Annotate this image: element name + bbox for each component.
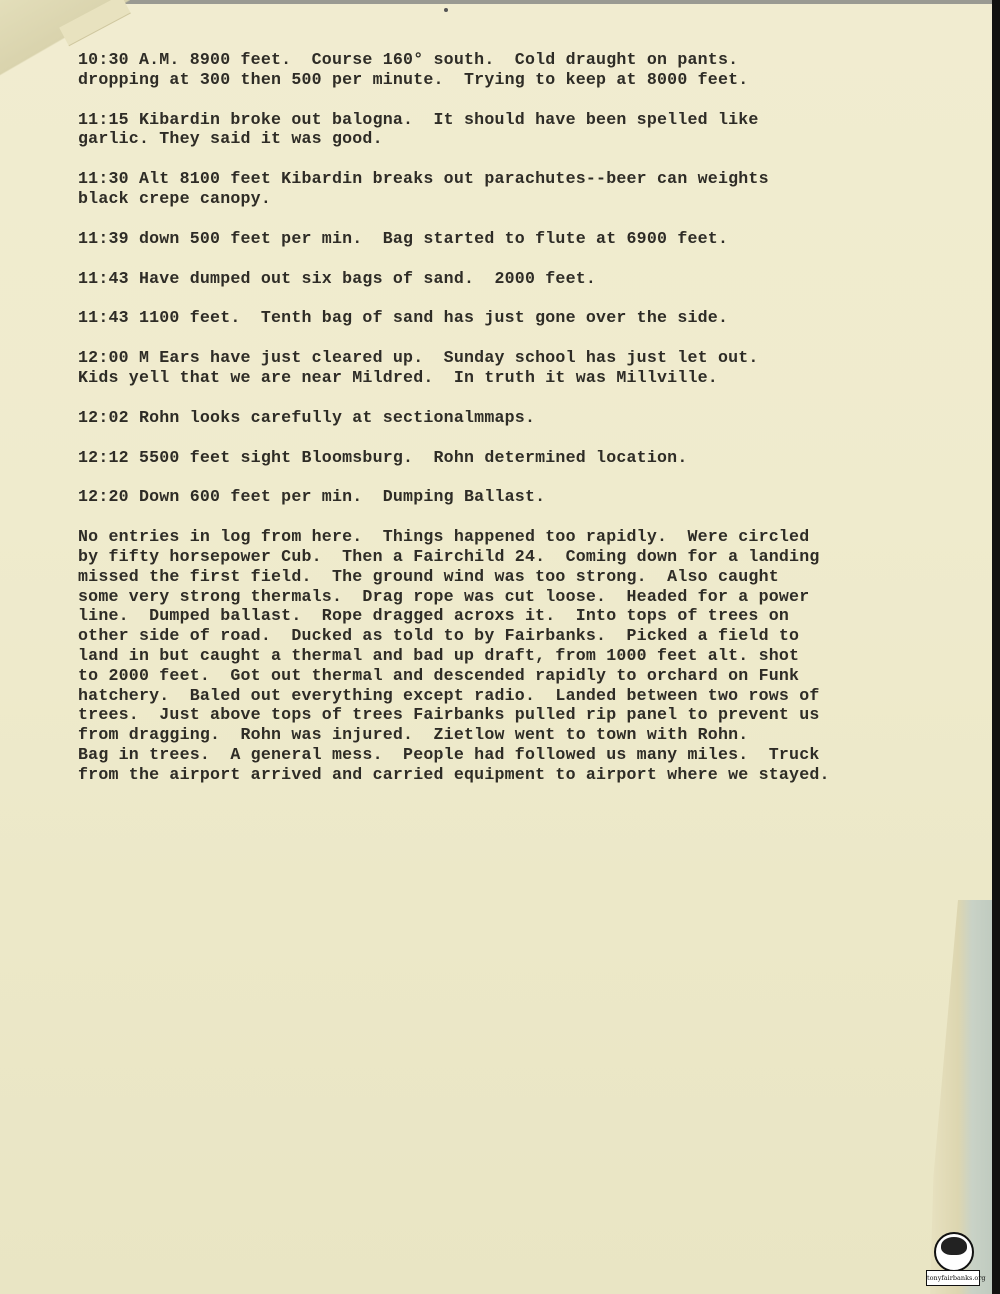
typewritten-log: 10:30 A.M. 8900 feet. Course 160° south.… xyxy=(78,50,958,785)
log-entry: 12:00 M Ears have just cleared up. Sunda… xyxy=(78,348,958,388)
closing-paragraph-line: missed the first field. The ground wind … xyxy=(78,567,958,587)
closing-paragraph-line: land in but caught a thermal and bad up … xyxy=(78,646,958,666)
log-entry-line: 12:00 M Ears have just cleared up. Sunda… xyxy=(78,348,958,368)
closing-paragraph-line: to 2000 feet. Got out thermal and descen… xyxy=(78,666,958,686)
log-entry: 11:30 Alt 8100 feet Kibardin breaks out … xyxy=(78,169,958,209)
log-entry: 12:02 Rohn looks carefully at sectionalm… xyxy=(78,408,958,428)
scan-top-edge xyxy=(0,0,1000,4)
log-entry: 11:43 1100 feet. Tenth bag of sand has j… xyxy=(78,308,958,328)
log-entry: 11:39 down 500 feet per min. Bag started… xyxy=(78,229,958,249)
log-entry-line: black crepe canopy. xyxy=(78,189,958,209)
log-entries: 10:30 A.M. 8900 feet. Course 160° south.… xyxy=(78,50,958,507)
closing-paragraph-line: hatchery. Baled out everything except ra… xyxy=(78,686,958,706)
log-entry: 10:30 A.M. 8900 feet. Course 160° south.… xyxy=(78,50,958,90)
watermark-label: tonyfairbanks.org xyxy=(926,1270,980,1286)
log-entry-line: 10:30 A.M. 8900 feet. Course 160° south.… xyxy=(78,50,958,70)
log-entry: 11:43 Have dumped out six bags of sand. … xyxy=(78,269,958,289)
closing-paragraph-line: Bag in trees. A general mess. People had… xyxy=(78,745,958,765)
log-entry-line: 11:15 Kibardin broke out balogna. It sho… xyxy=(78,110,958,130)
log-entry-line: 11:30 Alt 8100 feet Kibardin breaks out … xyxy=(78,169,958,189)
log-entry-line: 12:12 5500 feet sight Bloomsburg. Rohn d… xyxy=(78,448,958,468)
closing-paragraph-line: some very strong thermals. Drag rope was… xyxy=(78,587,958,607)
log-entry-line: 12:02 Rohn looks carefully at sectionalm… xyxy=(78,408,958,428)
log-entry-line: Kids yell that we are near Mildred. In t… xyxy=(78,368,958,388)
log-entry-line: 11:43 Have dumped out six bags of sand. … xyxy=(78,269,958,289)
closing-paragraph-line: trees. Just above tops of trees Fairbank… xyxy=(78,705,958,725)
balloon-logo-icon xyxy=(934,1232,974,1272)
watermark-logo: tonyfairbanks.org xyxy=(926,1230,976,1290)
log-entry-line: 11:39 down 500 feet per min. Bag started… xyxy=(78,229,958,249)
log-entry: 12:20 Down 600 feet per min. Dumping Bal… xyxy=(78,487,958,507)
punch-mark xyxy=(444,8,448,12)
closing-paragraph-line: line. Dumped ballast. Rope dragged acrox… xyxy=(78,606,958,626)
closing-paragraph-line: by fifty horsepower Cub. Then a Fairchil… xyxy=(78,547,958,567)
log-entry: 11:15 Kibardin broke out balogna. It sho… xyxy=(78,110,958,150)
closing-paragraph-line: from the airport arrived and carried equ… xyxy=(78,765,958,785)
log-entry-line: 12:20 Down 600 feet per min. Dumping Bal… xyxy=(78,487,958,507)
log-entry-line: dropping at 300 then 500 per minute. Try… xyxy=(78,70,958,90)
closing-paragraph: No entries in log from here. Things happ… xyxy=(78,527,958,784)
log-entry-line: garlic. They said it was good. xyxy=(78,129,958,149)
closing-paragraph-line: other side of road. Ducked as told to by… xyxy=(78,626,958,646)
closing-paragraph-line: No entries in log from here. Things happ… xyxy=(78,527,958,547)
scan-right-edge xyxy=(992,0,1000,1294)
document-page: 10:30 A.M. 8900 feet. Course 160° south.… xyxy=(0,0,994,1294)
log-entry-line: 11:43 1100 feet. Tenth bag of sand has j… xyxy=(78,308,958,328)
closing-paragraph-line: from dragging. Rohn was injured. Zietlow… xyxy=(78,725,958,745)
log-entry: 12:12 5500 feet sight Bloomsburg. Rohn d… xyxy=(78,448,958,468)
